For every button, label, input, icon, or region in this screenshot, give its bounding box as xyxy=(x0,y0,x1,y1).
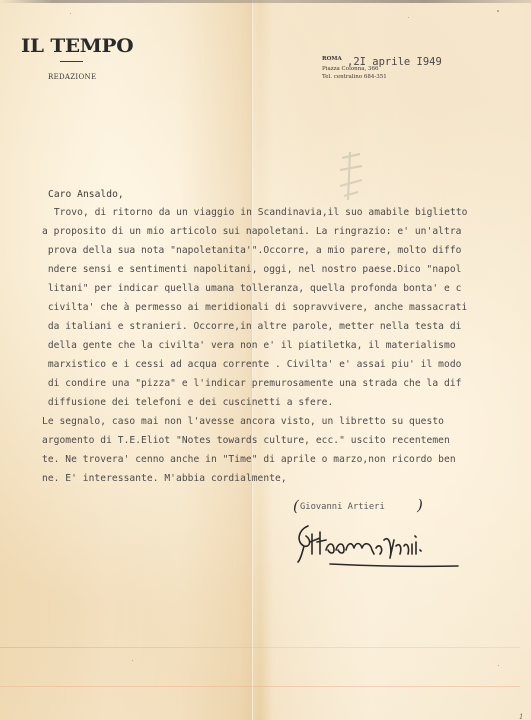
typed-line: Le segnalo, caso mai non l'avesse ancora… xyxy=(42,416,444,427)
letter-page: IL TEMPO REDAZIONE ROMA Piazza Colonna, … xyxy=(0,0,531,720)
typed-line: te. Ne trovera' cenno anche in "Time" di… xyxy=(42,454,456,465)
typed-line: civilta' che à permesso ai meridionali d… xyxy=(42,302,467,313)
typed-line: della gente che la civilta' vera non e' … xyxy=(42,340,456,351)
typed-line: diffusione dei telefoni e dei cuscinetti… xyxy=(42,397,333,408)
handwritten-signature-icon xyxy=(290,520,470,570)
typed-line: prova della sua nota "napoletanita'".Occ… xyxy=(42,245,461,256)
ruled-line xyxy=(0,686,520,687)
typed-line: da italiani e stranieri. Occorre,in altr… xyxy=(42,321,461,332)
open-parenthesis: ( xyxy=(293,497,299,515)
page-number: 1 xyxy=(519,713,523,720)
ruled-line xyxy=(0,647,520,648)
paper-speck xyxy=(497,10,499,12)
typed-line: ndere sensi e sentimenti napolitani, ogg… xyxy=(42,264,461,275)
masthead-divider xyxy=(60,61,83,62)
paper-speck xyxy=(70,13,71,14)
typed-line: di condire una "pizza" e l'indicar premu… xyxy=(42,378,461,389)
address-city: ROMA xyxy=(322,56,342,62)
paper-speck xyxy=(132,660,133,661)
salutation: Caro Ansaldo, xyxy=(48,189,124,200)
address-phone: Tel. centralino 684-351 xyxy=(322,74,387,80)
typed-signature-name: Giovanni Artieri xyxy=(300,502,385,512)
typed-line: ne. E' interessante. M'abbia cordialment… xyxy=(42,473,287,484)
paper-speck xyxy=(498,665,499,666)
letter-date: ,2I aprile I949 xyxy=(347,56,442,68)
typed-line: Trovo, di ritorno da un viaggio in Scand… xyxy=(48,207,467,218)
close-parenthesis: ) xyxy=(417,496,423,514)
department-label: REDAZIONE xyxy=(48,73,96,81)
typed-line: argomento di T.E.Eliot "Notes towards cu… xyxy=(42,435,450,446)
typed-line: marxistico e i cessi ad acqua corrente .… xyxy=(42,359,461,370)
paper-speck xyxy=(408,17,409,18)
newspaper-masthead: IL TEMPO xyxy=(21,35,133,57)
typed-line: a proposito di un mio articolo sui napol… xyxy=(42,226,461,237)
typed-line: litani" per indicar quella umana tollera… xyxy=(42,283,461,294)
top-edge-border xyxy=(0,0,531,3)
faded-stamp-mark-icon xyxy=(336,150,366,202)
